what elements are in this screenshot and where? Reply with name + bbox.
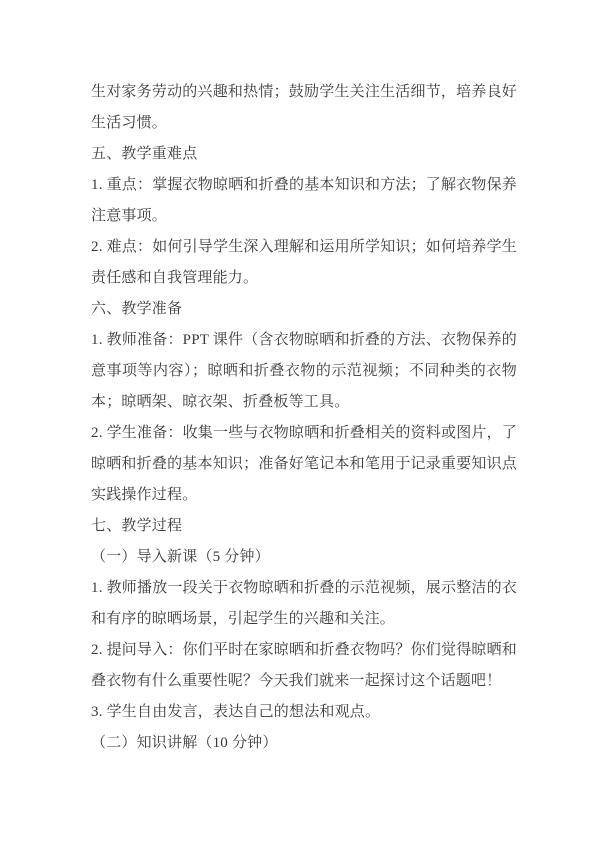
body-line: 实践操作过程。 bbox=[91, 480, 517, 511]
body-line: 1. 教师准备：PPT 课件（含衣物晾晒和折叠的方法、衣物保养的注 bbox=[91, 325, 517, 356]
section-heading: 七、教学过程 bbox=[91, 511, 517, 542]
body-line: 本；晾晒架、晾衣架、折叠板等工具。 bbox=[91, 387, 517, 418]
body-line: 生活习惯。 bbox=[91, 108, 517, 139]
document-page: 生对家务劳动的兴趣和热情；鼓励学生关注生活细节，培养良好的生活习惯。五、教学重难… bbox=[0, 0, 600, 848]
body-line: 2. 难点：如何引导学生深入理解和运用所学知识；如何培养学生的 bbox=[91, 232, 517, 263]
body-line: 注意事项。 bbox=[91, 201, 517, 232]
document-lines: 生对家务劳动的兴趣和热情；鼓励学生关注生活细节，培养良好的生活习惯。五、教学重难… bbox=[91, 77, 517, 759]
section-heading: 五、教学重难点 bbox=[91, 139, 517, 170]
body-line: 叠衣物有什么重要性呢？今天我们就来一起探讨这个话题吧！ bbox=[91, 666, 517, 697]
body-line: 2. 提问导入：你们平时在家晾晒和折叠衣物吗？你们觉得晾晒和折 bbox=[91, 635, 517, 666]
subsection-heading: （一）导入新课（5 分钟） bbox=[91, 542, 517, 573]
body-line: 3. 学生自由发言，表达自己的想法和观点。 bbox=[91, 697, 517, 728]
body-line: 晾晒和折叠的基本知识；准备好笔记本和笔用于记录重要知识点和 bbox=[91, 449, 517, 480]
body-line: 1. 重点：掌握衣物晾晒和折叠的基本知识和方法；了解衣物保养的 bbox=[91, 170, 517, 201]
body-line: 责任感和自我管理能力。 bbox=[91, 263, 517, 294]
body-line: 1. 教师播放一段关于衣物晾晒和折叠的示范视频，展示整洁的衣物 bbox=[91, 573, 517, 604]
body-line: 和有序的晾晒场景，引起学生的兴趣和关注。 bbox=[91, 604, 517, 635]
body-line: 2. 学生准备：收集一些与衣物晾晒和折叠相关的资料或图片，了解 bbox=[91, 418, 517, 449]
section-heading: 六、教学准备 bbox=[91, 294, 517, 325]
body-line: 生对家务劳动的兴趣和热情；鼓励学生关注生活细节，培养良好的 bbox=[91, 77, 517, 108]
body-line: 意事项等内容）；晾晒和折叠衣物的示范视频；不同种类的衣物样 bbox=[91, 356, 517, 387]
subsection-heading: （二）知识讲解（10 分钟） bbox=[91, 728, 517, 759]
